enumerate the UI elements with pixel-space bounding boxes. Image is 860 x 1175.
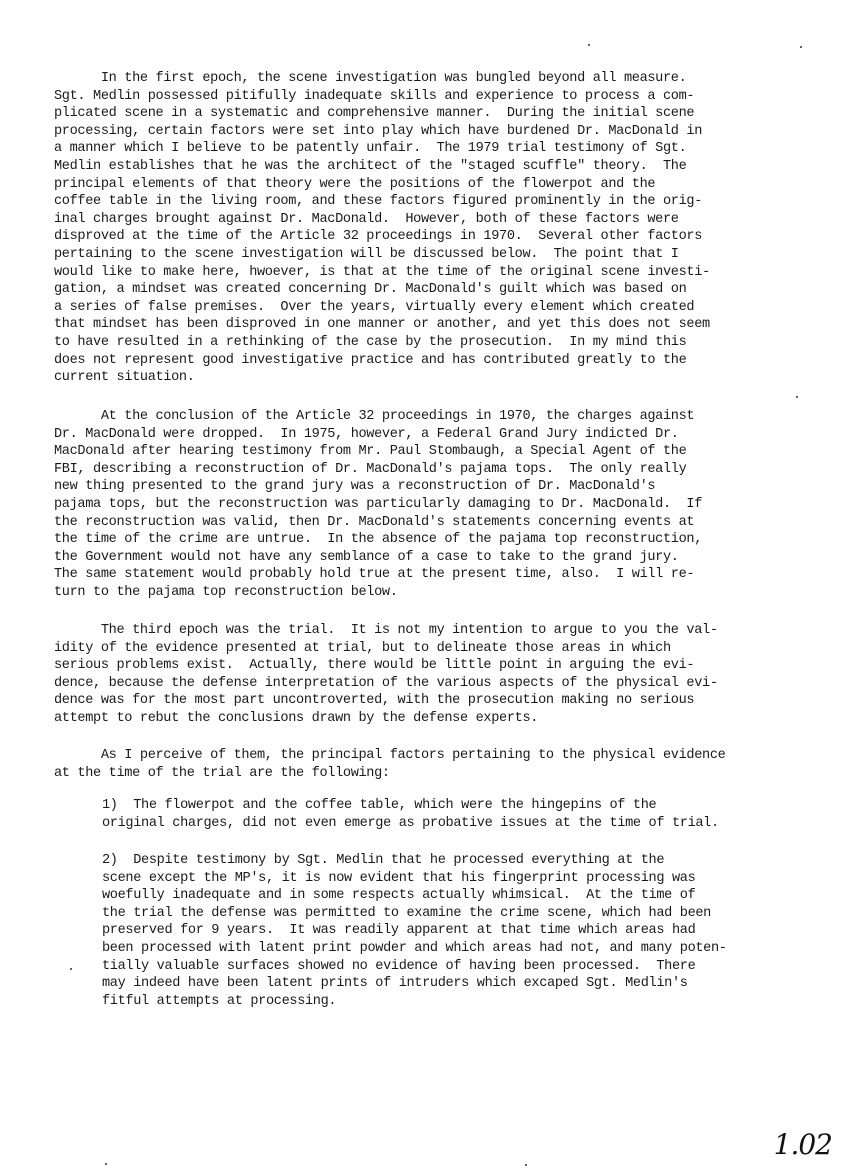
- scan-speck: [70, 968, 72, 970]
- text-line: the time of the crime are untrue. In the…: [54, 531, 814, 549]
- text-line: MacDonald after hearing testimony from M…: [54, 443, 814, 461]
- text-line: 1) The flowerpot and the coffee table, w…: [102, 797, 860, 815]
- text-line: the trial the defense was permitted to e…: [102, 905, 860, 923]
- handwritten-page-number: 1.02: [774, 1128, 832, 1161]
- text-line: dence was for the most part uncontrovert…: [54, 692, 814, 710]
- paragraph-third-epoch: The third epoch was the trial. It is not…: [54, 622, 814, 728]
- text-line: Dr. MacDonald were dropped. In 1975, how…: [54, 426, 814, 444]
- list-item-flowerpot: 1) The flowerpot and the coffee table, w…: [102, 797, 860, 832]
- text-line: disproved at the time of the Article 32 …: [54, 228, 814, 246]
- text-line: pertaining to the scene investigation wi…: [54, 246, 814, 264]
- text-line: FBI, describing a reconstruction of Dr. …: [54, 461, 814, 479]
- text-line: tially valuable surfaces showed no evide…: [102, 958, 860, 976]
- text-line: Sgt. Medlin possessed pitifully inadequa…: [54, 88, 814, 106]
- text-line: preserved for 9 years. It was readily ap…: [102, 922, 860, 940]
- text-line: In the first epoch, the scene investigat…: [54, 70, 814, 88]
- text-line: pajama tops, but the reconstruction was …: [54, 496, 814, 514]
- text-line: gation, a mindset was created concerning…: [54, 281, 814, 299]
- text-line: serious problems exist. Actually, there …: [54, 657, 814, 675]
- text-line: The same statement would probably hold t…: [54, 566, 814, 584]
- text-line: a series of false premises. Over the yea…: [54, 299, 814, 317]
- text-line: coffee table in the living room, and the…: [54, 193, 814, 211]
- text-line: Medlin establishes that he was the archi…: [54, 158, 814, 176]
- paragraph-first-epoch: In the first epoch, the scene investigat…: [54, 70, 814, 387]
- text-line: the reconstruction was valid, then Dr. M…: [54, 514, 814, 532]
- text-line: At the conclusion of the Article 32 proc…: [54, 408, 814, 426]
- text-line: attempt to rebut the conclusions drawn b…: [54, 710, 814, 728]
- text-line: the Government would not have any sembla…: [54, 549, 814, 567]
- text-line: does not represent good investigative pr…: [54, 352, 814, 370]
- text-line: at the time of the trial are the followi…: [54, 765, 814, 783]
- scan-speck: [800, 46, 802, 48]
- text-line: new thing presented to the grand jury wa…: [54, 478, 814, 496]
- text-line: plicated scene in a systematic and compr…: [54, 105, 814, 123]
- text-line: to have resulted in a rethinking of the …: [54, 334, 814, 352]
- text-line: woefully inadequate and in some respects…: [102, 887, 860, 905]
- paragraph-article-32: At the conclusion of the Article 32 proc…: [54, 408, 814, 602]
- document-page: In the first epoch, the scene investigat…: [0, 0, 860, 1175]
- scan-speck: [588, 44, 590, 46]
- text-line: principal elements of that theory were t…: [54, 176, 814, 194]
- text-line: As I perceive of them, the principal fac…: [54, 747, 814, 765]
- text-line: The third epoch was the trial. It is not…: [54, 622, 814, 640]
- text-line: would like to make here, hwoever, is tha…: [54, 264, 814, 282]
- list-item-fingerprint-processing: 2) Despite testimony by Sgt. Medlin that…: [102, 852, 860, 1010]
- text-line: dence, because the defense interpretatio…: [54, 675, 814, 693]
- text-line: inal charges brought against Dr. MacDona…: [54, 211, 814, 229]
- text-line: a manner which I believe to be patently …: [54, 140, 814, 158]
- text-line: 2) Despite testimony by Sgt. Medlin that…: [102, 852, 860, 870]
- text-line: been processed with latent print powder …: [102, 940, 860, 958]
- text-line: fitful attempts at processing.: [102, 993, 860, 1011]
- scan-speck: [525, 1164, 527, 1166]
- text-line: original charges, did not even emerge as…: [102, 815, 860, 833]
- text-line: turn to the pajama top reconstruction be…: [54, 584, 814, 602]
- text-line: scene except the MP's, it is now evident…: [102, 870, 860, 888]
- scan-speck: [796, 396, 798, 398]
- text-line: current situation.: [54, 369, 814, 387]
- scan-speck: [105, 1163, 107, 1165]
- paragraph-principal-factors: As I perceive of them, the principal fac…: [54, 747, 814, 782]
- text-line: processing, certain factors were set int…: [54, 123, 814, 141]
- text-line: that mindset has been disproved in one m…: [54, 316, 814, 334]
- text-line: may indeed have been latent prints of in…: [102, 975, 860, 993]
- text-line: idity of the evidence presented at trial…: [54, 640, 814, 658]
